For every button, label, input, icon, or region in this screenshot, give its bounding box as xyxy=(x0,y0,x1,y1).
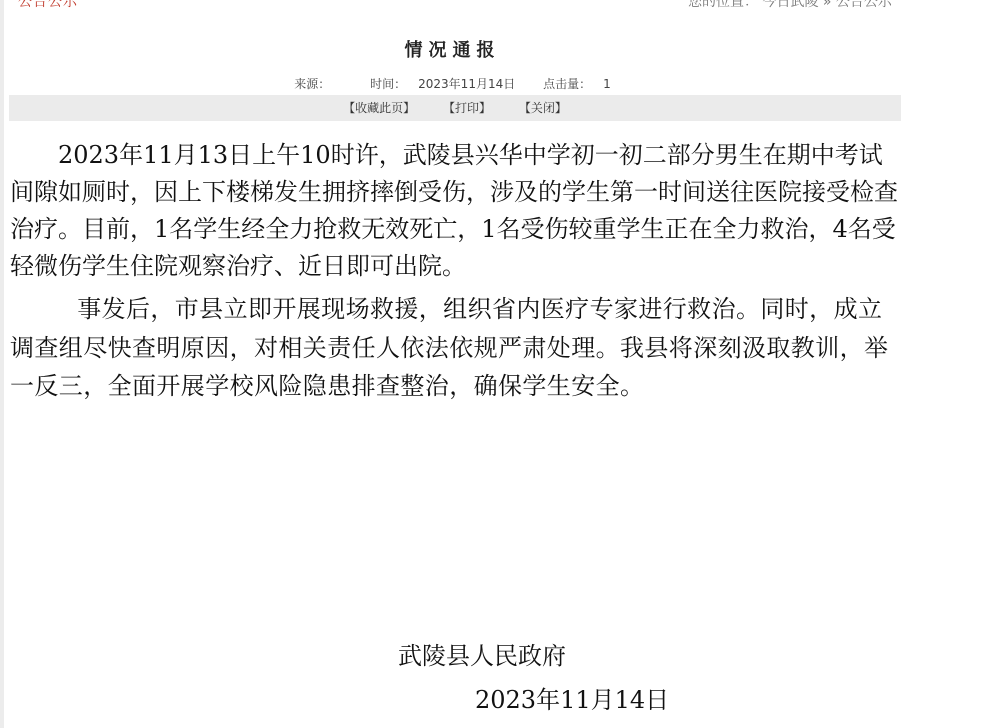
category-link[interactable]: 公告公示 xyxy=(18,0,78,11)
source-label: 来源： xyxy=(294,77,330,91)
paragraph: 事发后，市县立即开展现场救援，组织省内医疗专家进行救治。同时，成立调查组尽快查明… xyxy=(10,290,900,406)
time-value: 2023年11月14日 xyxy=(418,77,515,91)
article-meta: 来源： 时间：2023年11月14日 点击量：1 xyxy=(0,75,905,92)
article-toolbar: 【收藏此页】 【打印】 【关闭】 xyxy=(9,95,901,121)
article-body: 2023年11月13日上午10时许，武陵县兴华中学初一初二部分男生在期中考试间隙… xyxy=(10,137,900,406)
favorite-button[interactable]: 【收藏此页】 xyxy=(343,101,415,115)
breadcrumb: 您的位置： 今日武陵 » 公告公示 xyxy=(688,0,892,11)
print-button[interactable]: 【打印】 xyxy=(443,101,491,115)
close-button[interactable]: 【关闭】 xyxy=(519,101,567,115)
page-title: 情况通报 xyxy=(0,36,905,62)
signature: 武陵县人民政府 xyxy=(398,636,566,671)
source-field: 来源： xyxy=(288,77,348,91)
time-label: 时间： xyxy=(370,77,406,91)
time-field: 时间：2023年11月14日 xyxy=(364,77,521,91)
paragraph: 2023年11月13日上午10时许，武陵县兴华中学初一初二部分男生在期中考试间隙… xyxy=(10,137,900,285)
views-field: 点击量：1 xyxy=(537,77,617,91)
page-left-border xyxy=(0,0,4,728)
views-value: 1 xyxy=(603,77,611,91)
views-label: 点击量： xyxy=(543,77,591,91)
signature-date: 2023年11月14日 xyxy=(475,680,669,715)
